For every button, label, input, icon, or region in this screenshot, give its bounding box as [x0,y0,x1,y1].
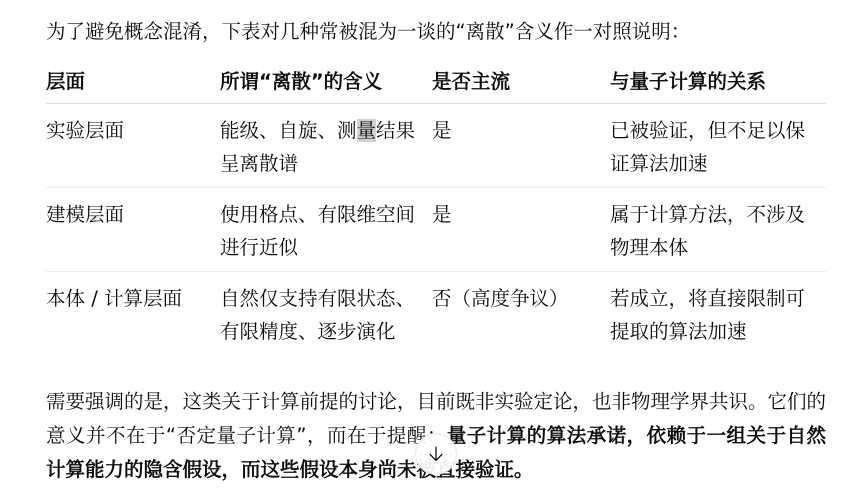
cell-meaning: 自然仅支持有限状态、有限精度、逐步演化 [220,272,432,356]
search-highlight: 量 [357,119,377,142]
cell-mainstream: 是 [432,104,610,188]
cell-level: 本体 / 计算层面 [46,272,220,356]
intro-paragraph: 为了避免概念混淆，下表对几种常被混为一谈的“离散”含义作一对照说明： [46,15,826,48]
cell-meaning: 使用格点、有限维空间进行近似 [220,188,432,272]
cell-relation: 已被验证，但不足以保证算法加速 [610,104,826,188]
cell-mainstream: 否（高度争议） [432,272,610,356]
chat-document-page: 为了避免概念混淆，下表对几种常被混为一谈的“离散”含义作一对照说明： 层面 所谓… [0,0,856,492]
down-arrow-icon [425,443,447,465]
column-header-level: 层面 [46,65,220,104]
cell-mainstream: 是 [432,188,610,272]
cell-relation: 属于计算方法，不涉及物理本体 [610,188,826,272]
column-header-relation: 与量子计算的关系 [610,65,826,104]
cell-level: 实验层面 [46,104,220,188]
discrete-comparison-table: 层面 所谓“离散”的含义 是否主流 与量子计算的关系 实验层面 能级、自旋、测量… [46,65,826,355]
table-row: 实验层面 能级、自旋、测量结果呈离散谱 是 已被验证，但不足以保证算法加速 [46,104,826,188]
meaning-text: 能级、自旋、测 [220,119,357,142]
cell-relation: 若成立，将直接限制可提取的算法加速 [610,272,826,356]
column-header-mainstream: 是否主流 [432,65,610,104]
cell-meaning: 能级、自旋、测量结果呈离散谱 [220,104,432,188]
table-row: 建模层面 使用格点、有限维空间进行近似 是 属于计算方法，不涉及物理本体 [46,188,826,272]
message-content: 为了避免概念混淆，下表对几种常被混为一谈的“离散”含义作一对照说明： 层面 所谓… [46,15,826,487]
cell-level: 建模层面 [46,188,220,272]
column-header-meaning: 所谓“离散”的含义 [220,65,432,104]
table-header-row: 层面 所谓“离散”的含义 是否主流 与量子计算的关系 [46,65,826,104]
scroll-to-bottom-button[interactable] [415,433,457,475]
table-row: 本体 / 计算层面 自然仅支持有限状态、有限精度、逐步演化 否（高度争议） 若成… [46,272,826,356]
